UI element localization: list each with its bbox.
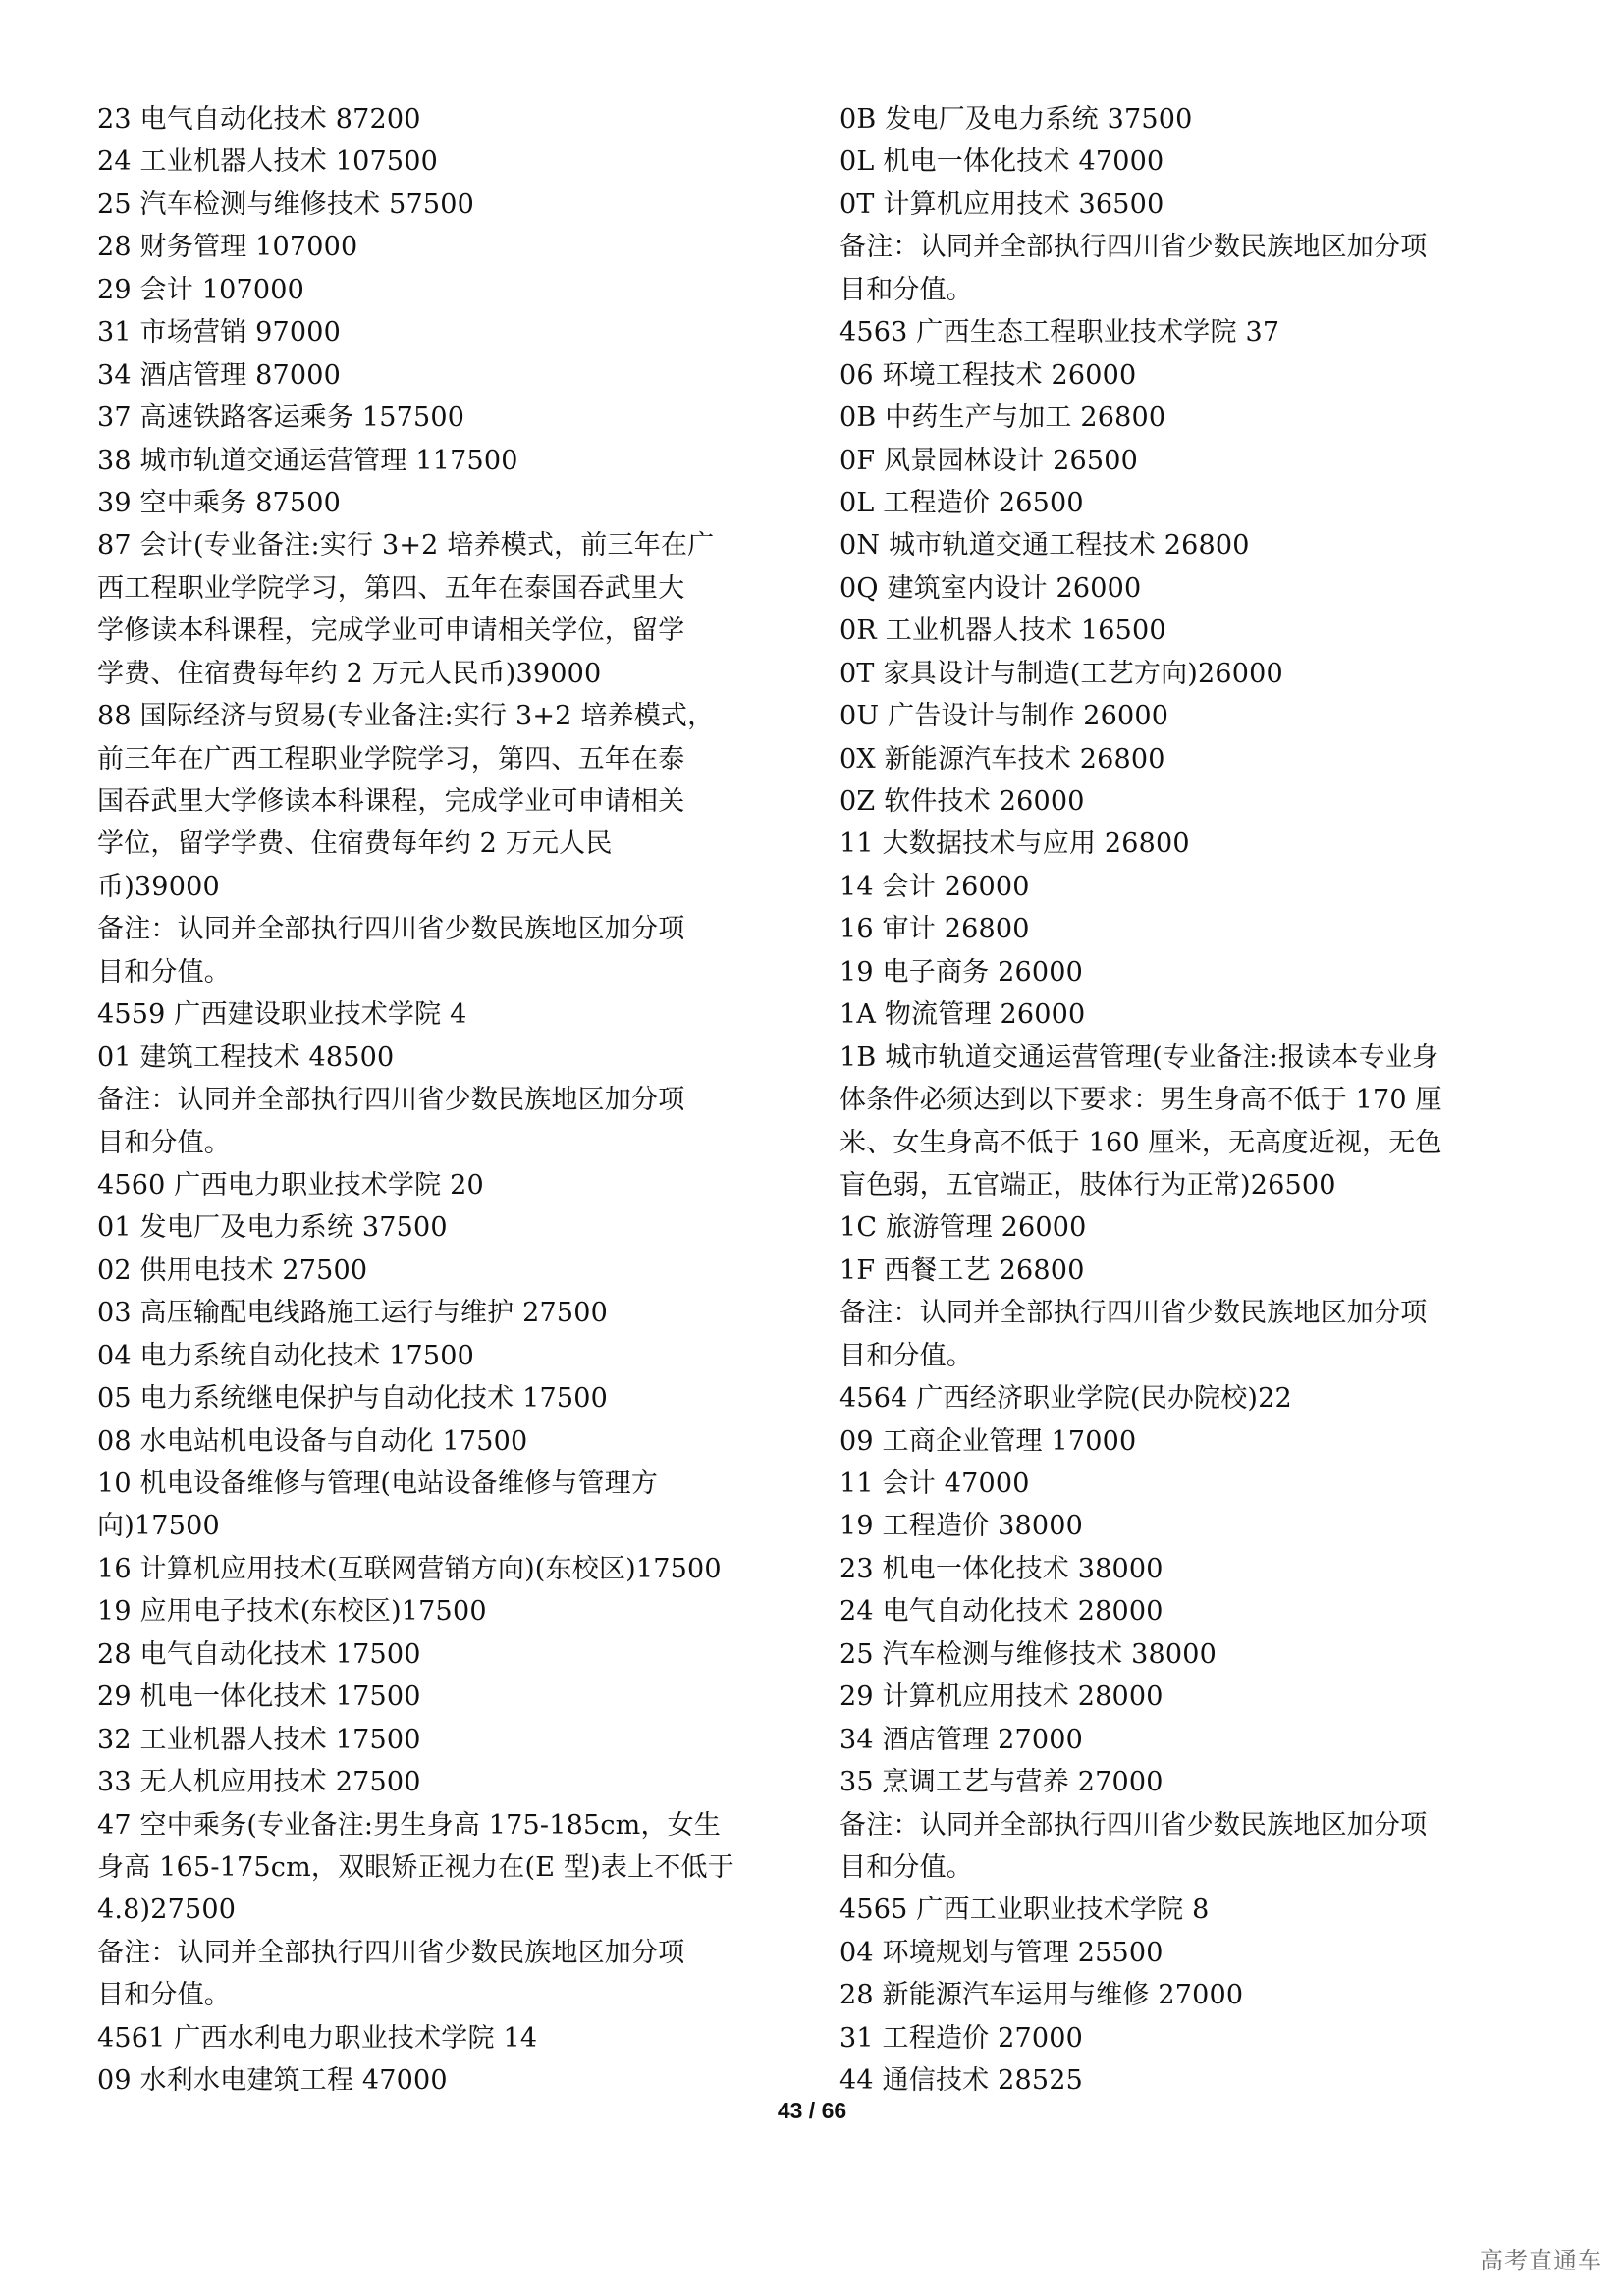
text-line: 备注：认同并全部执行四川省少数民族地区加分项: [839, 1292, 1546, 1334]
text-line: 31 工程造价 27000: [839, 2017, 1546, 2059]
text-line: 39 空中乘务 87500: [97, 482, 804, 524]
text-line: 01 发电厂及电力系统 37500: [97, 1206, 804, 1249]
text-line: 1A 物流管理 26000: [839, 993, 1546, 1036]
text-line: 11 会计 47000: [839, 1463, 1546, 1505]
text-line: 08 水电站机电设备与自动化 17500: [97, 1420, 804, 1463]
text-line: 24 电气自动化技术 28000: [839, 1590, 1546, 1632]
text-line: 87 会计(专业备注:实行 3+2 培养模式，前三年在广: [97, 524, 804, 566]
text-line: 19 应用电子技术(东校区)17500: [97, 1590, 804, 1632]
text-line: 28 新能源汽车运用与维修 27000: [839, 1974, 1546, 2016]
text-line: 币)39000: [97, 866, 804, 908]
text-line: 19 电子商务 26000: [839, 951, 1546, 993]
text-line: 16 审计 26800: [839, 908, 1546, 950]
text-line: 04 环境规划与管理 25500: [839, 1932, 1546, 1974]
text-line: 1F 西餐工艺 26800: [839, 1250, 1546, 1292]
text-line: 0L 工程造价 26500: [839, 482, 1546, 524]
text-line: 4563 广西生态工程职业技术学院 37: [839, 311, 1546, 353]
text-line: 09 水利水电建筑工程 47000: [97, 2059, 804, 2102]
text-line: 国吞武里大学修读本科课程，完成学业可申请相关: [97, 780, 804, 823]
text-line: 目和分值。: [839, 269, 1546, 311]
text-line: 0T 家具设计与制造(工艺方向)26000: [839, 653, 1546, 695]
text-line: 04 电力系统自动化技术 17500: [97, 1335, 804, 1377]
text-line: 向)17500: [97, 1505, 804, 1547]
text-line: 目和分值。: [97, 1122, 804, 1164]
text-line: 23 机电一体化技术 38000: [839, 1548, 1546, 1590]
text-line: 备注：认同并全部执行四川省少数民族地区加分项: [97, 1079, 804, 1121]
text-line: 目和分值。: [839, 1335, 1546, 1377]
text-line: 学位，留学学费、住宿费每年约 2 万元人民: [97, 823, 804, 865]
text-line: 前三年在广西工程职业学院学习，第四、五年在泰: [97, 738, 804, 780]
text-line: 学费、住宿费每年约 2 万元人民币)39000: [97, 653, 804, 695]
text-line: 0N 城市轨道交通工程技术 26800: [839, 524, 1546, 566]
text-line: 06 环境工程技术 26000: [839, 354, 1546, 397]
text-line: 47 空中乘务(专业备注:男生身高 175-185cm，女生: [97, 1804, 804, 1846]
text-line: 0X 新能源汽车技术 26800: [839, 738, 1546, 780]
text-line: 4561 广西水利电力职业技术学院 14: [97, 2017, 804, 2059]
text-line: 4.8)27500: [97, 1889, 804, 1931]
text-line: 23 电气自动化技术 87200: [97, 98, 804, 140]
text-line: 备注：认同并全部执行四川省少数民族地区加分项: [839, 226, 1546, 268]
text-line: 35 烹调工艺与营养 27000: [839, 1761, 1546, 1803]
text-line: 身高 165-175cm，双眼矫正视力在(E 型)表上不低于: [97, 1846, 804, 1889]
text-line: 1B 城市轨道交通运营管理(专业备注:报读本专业身: [839, 1037, 1546, 1079]
text-line: 25 汽车检测与维修技术 57500: [97, 184, 804, 226]
text-line: 0F 风景园林设计 26500: [839, 440, 1546, 482]
text-line: 11 大数据技术与应用 26800: [839, 823, 1546, 865]
text-line: 16 计算机应用技术(互联网营销方向)(东校区)17500: [97, 1548, 804, 1590]
text-line: 32 工业机器人技术 17500: [97, 1719, 804, 1761]
text-line: 目和分值。: [97, 951, 804, 993]
text-line: 西工程职业学院学习，第四、五年在泰国吞武里大: [97, 567, 804, 610]
text-line: 34 酒店管理 87000: [97, 354, 804, 397]
text-line: 体条件必须达到以下要求：男生身高不低于 170 厘: [839, 1079, 1546, 1121]
text-line: 0U 广告设计与制作 26000: [839, 695, 1546, 737]
text-line: 37 高速铁路客运乘务 157500: [97, 397, 804, 439]
text-line: 28 财务管理 107000: [97, 226, 804, 268]
text-line: 44 通信技术 28525: [839, 2059, 1546, 2102]
text-line: 1C 旅游管理 26000: [839, 1206, 1546, 1249]
text-line: 09 工商企业管理 17000: [839, 1420, 1546, 1463]
text-line: 29 机电一体化技术 17500: [97, 1676, 804, 1718]
text-line: 4560 广西电力职业技术学院 20: [97, 1164, 804, 1206]
text-line: 4559 广西建设职业技术学院 4: [97, 993, 804, 1036]
text-line: 备注：认同并全部执行四川省少数民族地区加分项: [97, 1932, 804, 1974]
text-line: 0Q 建筑室内设计 26000: [839, 567, 1546, 610]
text-line: 02 供用电技术 27500: [97, 1250, 804, 1292]
text-line: 01 建筑工程技术 48500: [97, 1037, 804, 1079]
text-line: 19 工程造价 38000: [839, 1505, 1546, 1547]
text-line: 0L 机电一体化技术 47000: [839, 140, 1546, 183]
text-line: 0Z 软件技术 26000: [839, 780, 1546, 823]
text-line: 03 高压输配电线路施工运行与维护 27500: [97, 1292, 804, 1334]
left-column: 23 电气自动化技术 8720024 工业机器人技术 10750025 汽车检测…: [97, 98, 804, 2103]
text-line: 4564 广西经济职业学院(民办院校)22: [839, 1377, 1546, 1419]
right-column: 0B 发电厂及电力系统 375000L 机电一体化技术 470000T 计算机应…: [839, 98, 1546, 2103]
text-line: 目和分值。: [97, 1974, 804, 2016]
text-line: 0B 中药生产与加工 26800: [839, 397, 1546, 439]
text-line: 4565 广西工业职业技术学院 8: [839, 1889, 1546, 1931]
text-line: 米、女生身高不低于 160 厘米，无高度近视，无色: [839, 1122, 1546, 1164]
text-line: 0T 计算机应用技术 36500: [839, 184, 1546, 226]
text-line: 备注：认同并全部执行四川省少数民族地区加分项: [97, 908, 804, 950]
text-line: 24 工业机器人技术 107500: [97, 140, 804, 183]
text-line: 05 电力系统继电保护与自动化技术 17500: [97, 1377, 804, 1419]
page-number: 43 / 66: [0, 2098, 1624, 2124]
text-line: 目和分值。: [839, 1846, 1546, 1889]
text-line: 25 汽车检测与维修技术 38000: [839, 1633, 1546, 1676]
text-line: 29 计算机应用技术 28000: [839, 1676, 1546, 1718]
text-line: 10 机电设备维修与管理(电站设备维修与管理方: [97, 1463, 804, 1505]
text-line: 14 会计 26000: [839, 866, 1546, 908]
text-line: 0B 发电厂及电力系统 37500: [839, 98, 1546, 140]
watermark: 高考直通车: [1480, 2241, 1602, 2275]
text-line: 学修读本科课程，完成学业可申请相关学位，留学: [97, 610, 804, 652]
text-line: 34 酒店管理 27000: [839, 1719, 1546, 1761]
text-line: 33 无人机应用技术 27500: [97, 1761, 804, 1803]
text-line: 88 国际经济与贸易(专业备注:实行 3+2 培养模式，: [97, 695, 804, 737]
text-line: 38 城市轨道交通运营管理 117500: [97, 440, 804, 482]
text-line: 0R 工业机器人技术 16500: [839, 610, 1546, 652]
text-line: 28 电气自动化技术 17500: [97, 1633, 804, 1676]
text-line: 29 会计 107000: [97, 269, 804, 311]
text-line: 盲色弱，五官端正，肢体行为正常)26500: [839, 1164, 1546, 1206]
text-line: 31 市场营销 97000: [97, 311, 804, 353]
text-line: 备注：认同并全部执行四川省少数民族地区加分项: [839, 1804, 1546, 1846]
